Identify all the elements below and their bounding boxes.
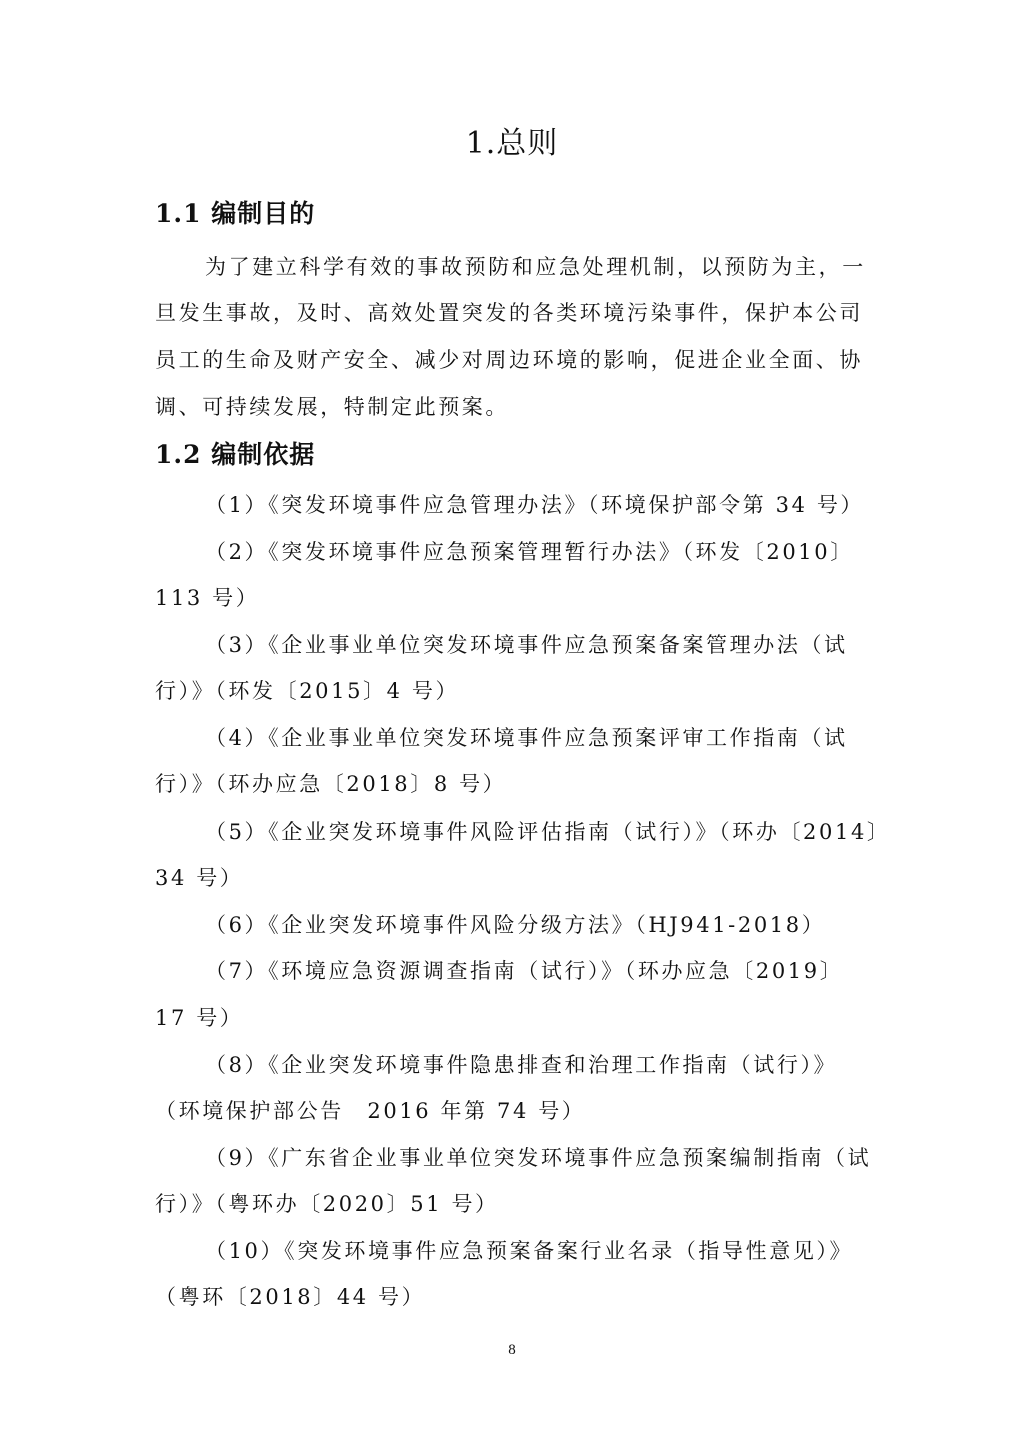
reference-item-10: （10）《突发环境事件应急预案备案行业名录（指导性意见）》 <box>205 1236 870 1266</box>
reference-item-9-cont: 行）》（粤环办〔2020〕51 号） <box>155 1189 870 1219</box>
reference-item-5-cont: 34 号） <box>155 863 870 893</box>
chapter-title: 1.总则 <box>0 122 1024 166</box>
reference-item-2: （2）《突发环境事件应急预案管理暂行办法》（环发〔2010〕 <box>205 537 870 567</box>
document-page: 1.总则 1.1 编制目的 为了建立科学有效的事故预防和应急处理机制，以预防为主… <box>0 0 1024 1447</box>
page-number: 8 <box>0 1340 1024 1360</box>
reference-item-5: （5）《企业突发环境事件风险评估指南（试行）》（环办〔2014〕 <box>205 817 870 847</box>
reference-item-2-cont: 113 号） <box>155 583 870 613</box>
paragraph-line: 旦发生事故，及时、高效处置突发的各类环境污染事件，保护本公司 <box>155 298 870 328</box>
reference-item-9: （9）《广东省企业事业单位突发环境事件应急预案编制指南（试 <box>205 1143 870 1173</box>
reference-item-8-cont: （环境保护部公告 2016 年第 74 号） <box>155 1096 870 1126</box>
paragraph-line: 调、可持续发展，特制定此预案。 <box>155 392 870 422</box>
reference-item-10-cont: （粤环〔2018〕44 号） <box>155 1282 870 1312</box>
reference-item-3: （3）《企业事业单位突发环境事件应急预案备案管理办法（试 <box>205 630 870 660</box>
reference-item-6: （6）《企业突发环境事件风险分级方法》（HJ941-2018） <box>205 910 870 940</box>
section-heading-purpose: 1.1 编制目的 <box>155 196 315 232</box>
reference-item-7-cont: 17 号） <box>155 1003 870 1033</box>
reference-item-4-cont: 行）》（环办应急〔2018〕8 号） <box>155 769 870 799</box>
reference-item-4: （4）《企业事业单位突发环境事件应急预案评审工作指南（试 <box>205 723 870 753</box>
reference-item-3-cont: 行）》（环发〔2015〕4 号） <box>155 676 870 706</box>
reference-item-1: （1）《突发环境事件应急管理办法》（环境保护部令第 34 号） <box>205 490 870 520</box>
reference-item-8: （8）《企业突发环境事件隐患排查和治理工作指南（试行）》 <box>205 1050 870 1080</box>
paragraph-line: 员工的生命及财产安全、减少对周边环境的影响，促进企业全面、协 <box>155 345 870 375</box>
section-heading-basis: 1.2 编制依据 <box>155 437 315 473</box>
reference-item-7: （7）《环境应急资源调查指南（试行）》（环办应急〔2019〕 <box>205 956 870 986</box>
paragraph-line: 为了建立科学有效的事故预防和应急处理机制，以预防为主，一 <box>205 252 870 282</box>
